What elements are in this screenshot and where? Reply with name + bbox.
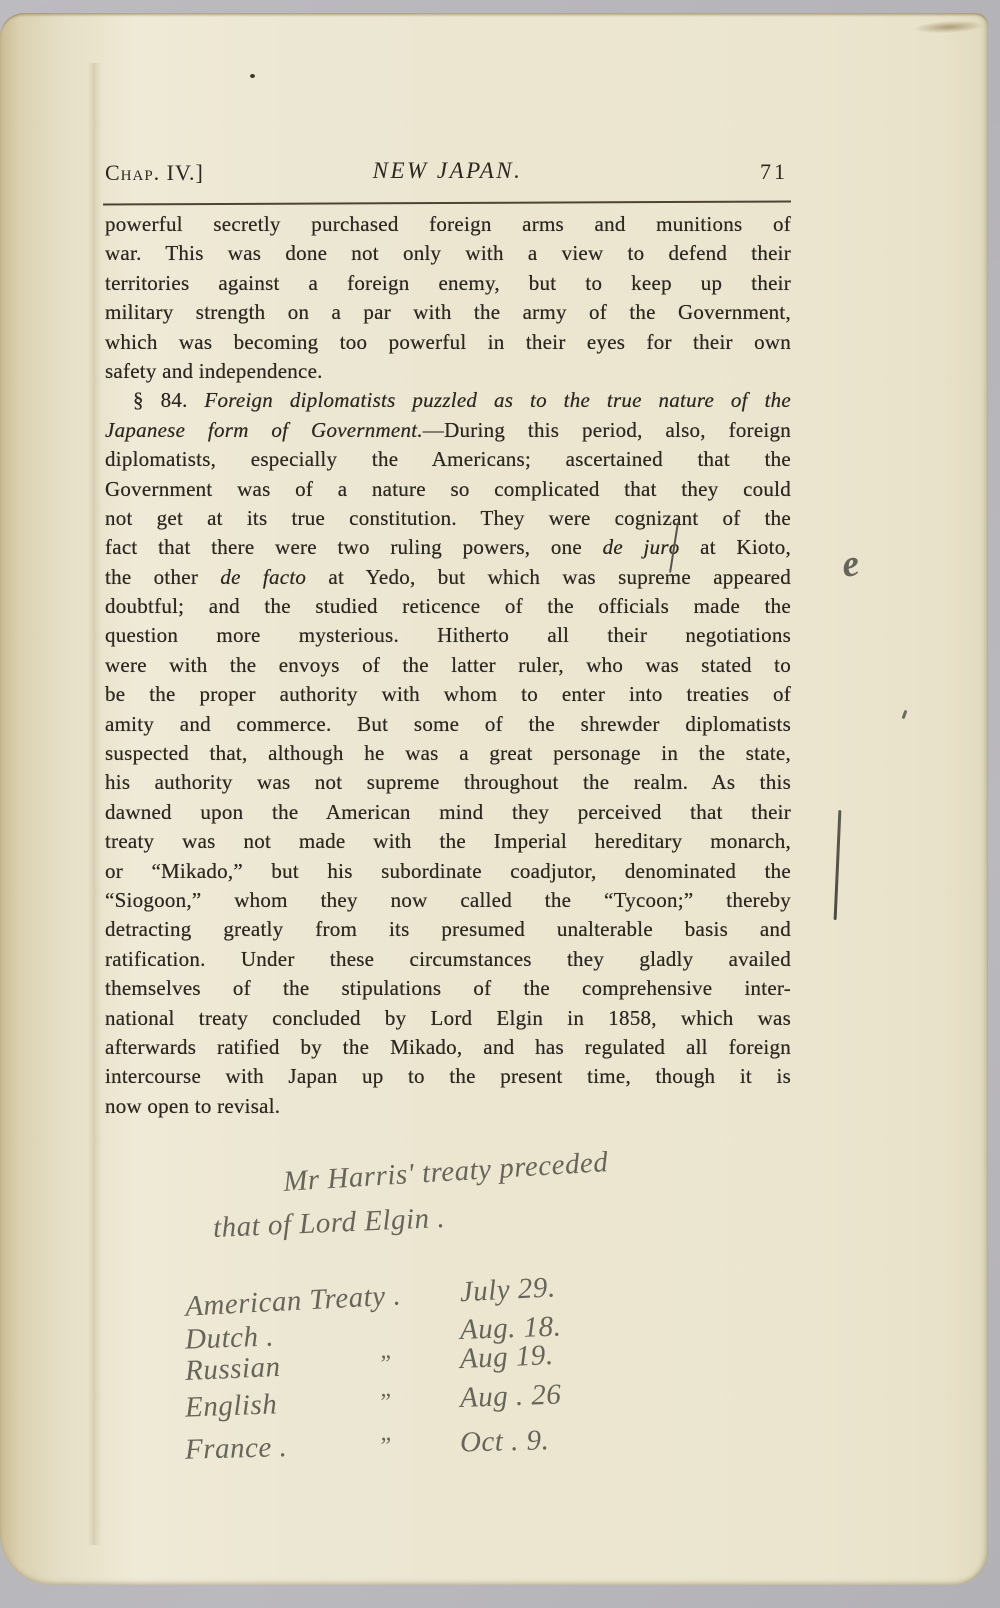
text-run: at Kioto, bbox=[680, 535, 791, 559]
treaty-date: July 29. bbox=[459, 1271, 556, 1308]
treaty-ditto: ” bbox=[377, 1348, 460, 1379]
text-run: treaty was not made with the Imperial he… bbox=[105, 829, 791, 853]
text-run: territories against a foreign enemy, but… bbox=[105, 271, 791, 295]
text-run: afterwards ratified by the Mikado, and h… bbox=[105, 1035, 791, 1059]
text-line: national treaty concluded by Lord Elgin … bbox=[105, 1004, 791, 1033]
text-line: § 84. Foreign diplomatists puzzled as to… bbox=[105, 386, 791, 415]
text-run: war. This was done not only with a view … bbox=[105, 241, 791, 265]
treaty-ditto: ” bbox=[378, 1387, 461, 1417]
text-line: not get at its true constitution. They w… bbox=[105, 504, 791, 533]
text-line: the other de facto at Yedo, but which wa… bbox=[105, 563, 791, 592]
text-run: suspected that, although he was a great … bbox=[105, 741, 791, 765]
text-line: suspected that, although he was a great … bbox=[105, 739, 791, 768]
book-page: Chap. IV.] NEW JAPAN. 71 powerful secret… bbox=[0, 13, 988, 1585]
text-line: diplomatists, especially the Americans; … bbox=[105, 445, 791, 474]
treaty-row: France .”Oct . 9. bbox=[185, 1424, 550, 1467]
text-run: or “Mikado,” but his subordinate coadjut… bbox=[105, 859, 791, 883]
page-header: Chap. IV.] NEW JAPAN. 71 bbox=[105, 158, 790, 188]
text-run: detracting greatly from its presumed una… bbox=[105, 917, 791, 941]
text-run: powerful secretly purchased foreign arms… bbox=[105, 212, 791, 236]
text-run: Government was of a nature so complicate… bbox=[105, 477, 791, 501]
text-line: or “Mikado,” but his subordinate coadjut… bbox=[105, 857, 791, 886]
text-line: themselves of the stipulations of the co… bbox=[105, 974, 791, 1003]
text-line: his authority was not supreme throughout… bbox=[105, 768, 791, 797]
text-run: be the proper authority with whom to ent… bbox=[105, 682, 791, 706]
text-line: safety and independence. bbox=[105, 357, 791, 386]
text-run: at Yedo, but which was supreme appeared bbox=[306, 565, 791, 589]
text-line: Japanese form of Government.—During this… bbox=[105, 416, 791, 445]
text-line: powerful secretly purchased foreign arms… bbox=[105, 210, 791, 239]
text-run: themselves of the stipulations of the co… bbox=[105, 976, 791, 1000]
text-line: detracting greatly from its presumed una… bbox=[105, 915, 791, 944]
treaty-name: Russian bbox=[184, 1347, 378, 1388]
text-run: the other bbox=[105, 565, 220, 589]
text-line: were with the envoys of the latter ruler… bbox=[105, 651, 791, 680]
text-line: be the proper authority with whom to ent… bbox=[105, 680, 791, 709]
text-line: war. This was done not only with a view … bbox=[105, 239, 791, 268]
text-line: doubtful; and the studied reticence of t… bbox=[105, 592, 791, 621]
text-run: safety and independence. bbox=[105, 359, 323, 383]
text-line: treaty was not made with the Imperial he… bbox=[105, 827, 791, 856]
text-run: § 84. bbox=[133, 388, 204, 412]
header-rule bbox=[103, 200, 791, 205]
text-run: diplomatists, especially the Americans; … bbox=[105, 447, 791, 471]
text-line: question more mysterious. Hitherto all t… bbox=[105, 621, 791, 650]
text-run: “Siogoon,” whom they now called the “Tyc… bbox=[105, 888, 791, 912]
text-run: ratification. Under these circumstances … bbox=[105, 947, 791, 971]
text-run: which was becoming too powerful in their… bbox=[105, 330, 791, 354]
photo-background: Chap. IV.] NEW JAPAN. 71 powerful secret… bbox=[0, 0, 1000, 1608]
text-line: territories against a foreign enemy, but… bbox=[105, 269, 791, 298]
text-run: Foreign diplomatists puzzled as to the t… bbox=[204, 388, 791, 412]
text-run: doubtful; and the studied reticence of t… bbox=[105, 594, 791, 618]
printed-body-text: powerful secretly purchased foreign arms… bbox=[105, 210, 791, 1121]
text-run: his authority was not supreme throughout… bbox=[105, 770, 791, 794]
text-line: now open to revisal. bbox=[105, 1092, 791, 1121]
text-line: military strength on a par with the army… bbox=[105, 298, 791, 327]
chapter-label: Chap. IV.] bbox=[105, 160, 204, 186]
text-run: amity and commerce. But some of the shre… bbox=[105, 712, 791, 736]
pencil-speck bbox=[902, 710, 908, 719]
text-line: amity and commerce. But some of the shre… bbox=[105, 710, 791, 739]
text-run: —During this period, also, foreign bbox=[423, 418, 791, 442]
text-line: “Siogoon,” whom they now called the “Tyc… bbox=[105, 886, 791, 915]
text-run: Japanese form of Government. bbox=[105, 418, 423, 442]
treaty-date: Aug . 26 bbox=[459, 1378, 562, 1414]
pencil-slashed-letter: o bbox=[669, 533, 680, 562]
margin-correction-letter: e bbox=[839, 541, 862, 587]
margin-pencil-line bbox=[834, 810, 841, 920]
text-line: afterwards ratified by the Mikado, and h… bbox=[105, 1033, 791, 1062]
page-edge-wear bbox=[914, 19, 985, 35]
text-run: dawned upon the American mind they perce… bbox=[105, 800, 791, 824]
text-run: de facto bbox=[220, 565, 306, 589]
handwritten-note-line1: Mr Harris' treaty preceded bbox=[282, 1146, 609, 1199]
treaty-ditto: ” bbox=[378, 1432, 461, 1461]
text-run: intercourse with Japan up to the present… bbox=[105, 1064, 791, 1088]
text-run: were with the envoys of the latter ruler… bbox=[105, 653, 791, 677]
treaty-date: Oct . 9. bbox=[460, 1424, 550, 1458]
gutter-crease bbox=[88, 63, 102, 1545]
text-run: national treaty concluded by Lord Elgin … bbox=[105, 1006, 791, 1030]
text-run: question more mysterious. Hitherto all t… bbox=[105, 623, 791, 647]
text-run: de jur bbox=[603, 535, 669, 559]
text-line: Government was of a nature so complicate… bbox=[105, 475, 791, 504]
treaty-name: France . bbox=[185, 1429, 379, 1467]
running-title: NEW JAPAN. bbox=[373, 158, 523, 184]
text-line: which was becoming too powerful in their… bbox=[105, 328, 791, 357]
text-run: military strength on a par with the army… bbox=[105, 300, 791, 324]
text-line: dawned upon the American mind they perce… bbox=[105, 798, 791, 827]
text-run: fact that there were two ruling powers, … bbox=[105, 535, 603, 559]
handwritten-note-line2: that of Lord Elgin . bbox=[212, 1202, 445, 1245]
treaty-ditto bbox=[378, 1339, 460, 1342]
text-line: fact that there were two ruling powers, … bbox=[105, 533, 791, 562]
text-line: ratification. Under these circumstances … bbox=[105, 945, 791, 974]
text-run: not get at its true constitution. They w… bbox=[105, 506, 791, 530]
page-number: 71 bbox=[760, 159, 788, 185]
text-run: now open to revisal. bbox=[105, 1094, 280, 1118]
text-line: intercourse with Japan up to the present… bbox=[105, 1062, 791, 1091]
paper-speck bbox=[250, 74, 255, 78]
treaty-date: Aug 19. bbox=[459, 1339, 554, 1375]
treaty-name: English bbox=[185, 1385, 379, 1425]
